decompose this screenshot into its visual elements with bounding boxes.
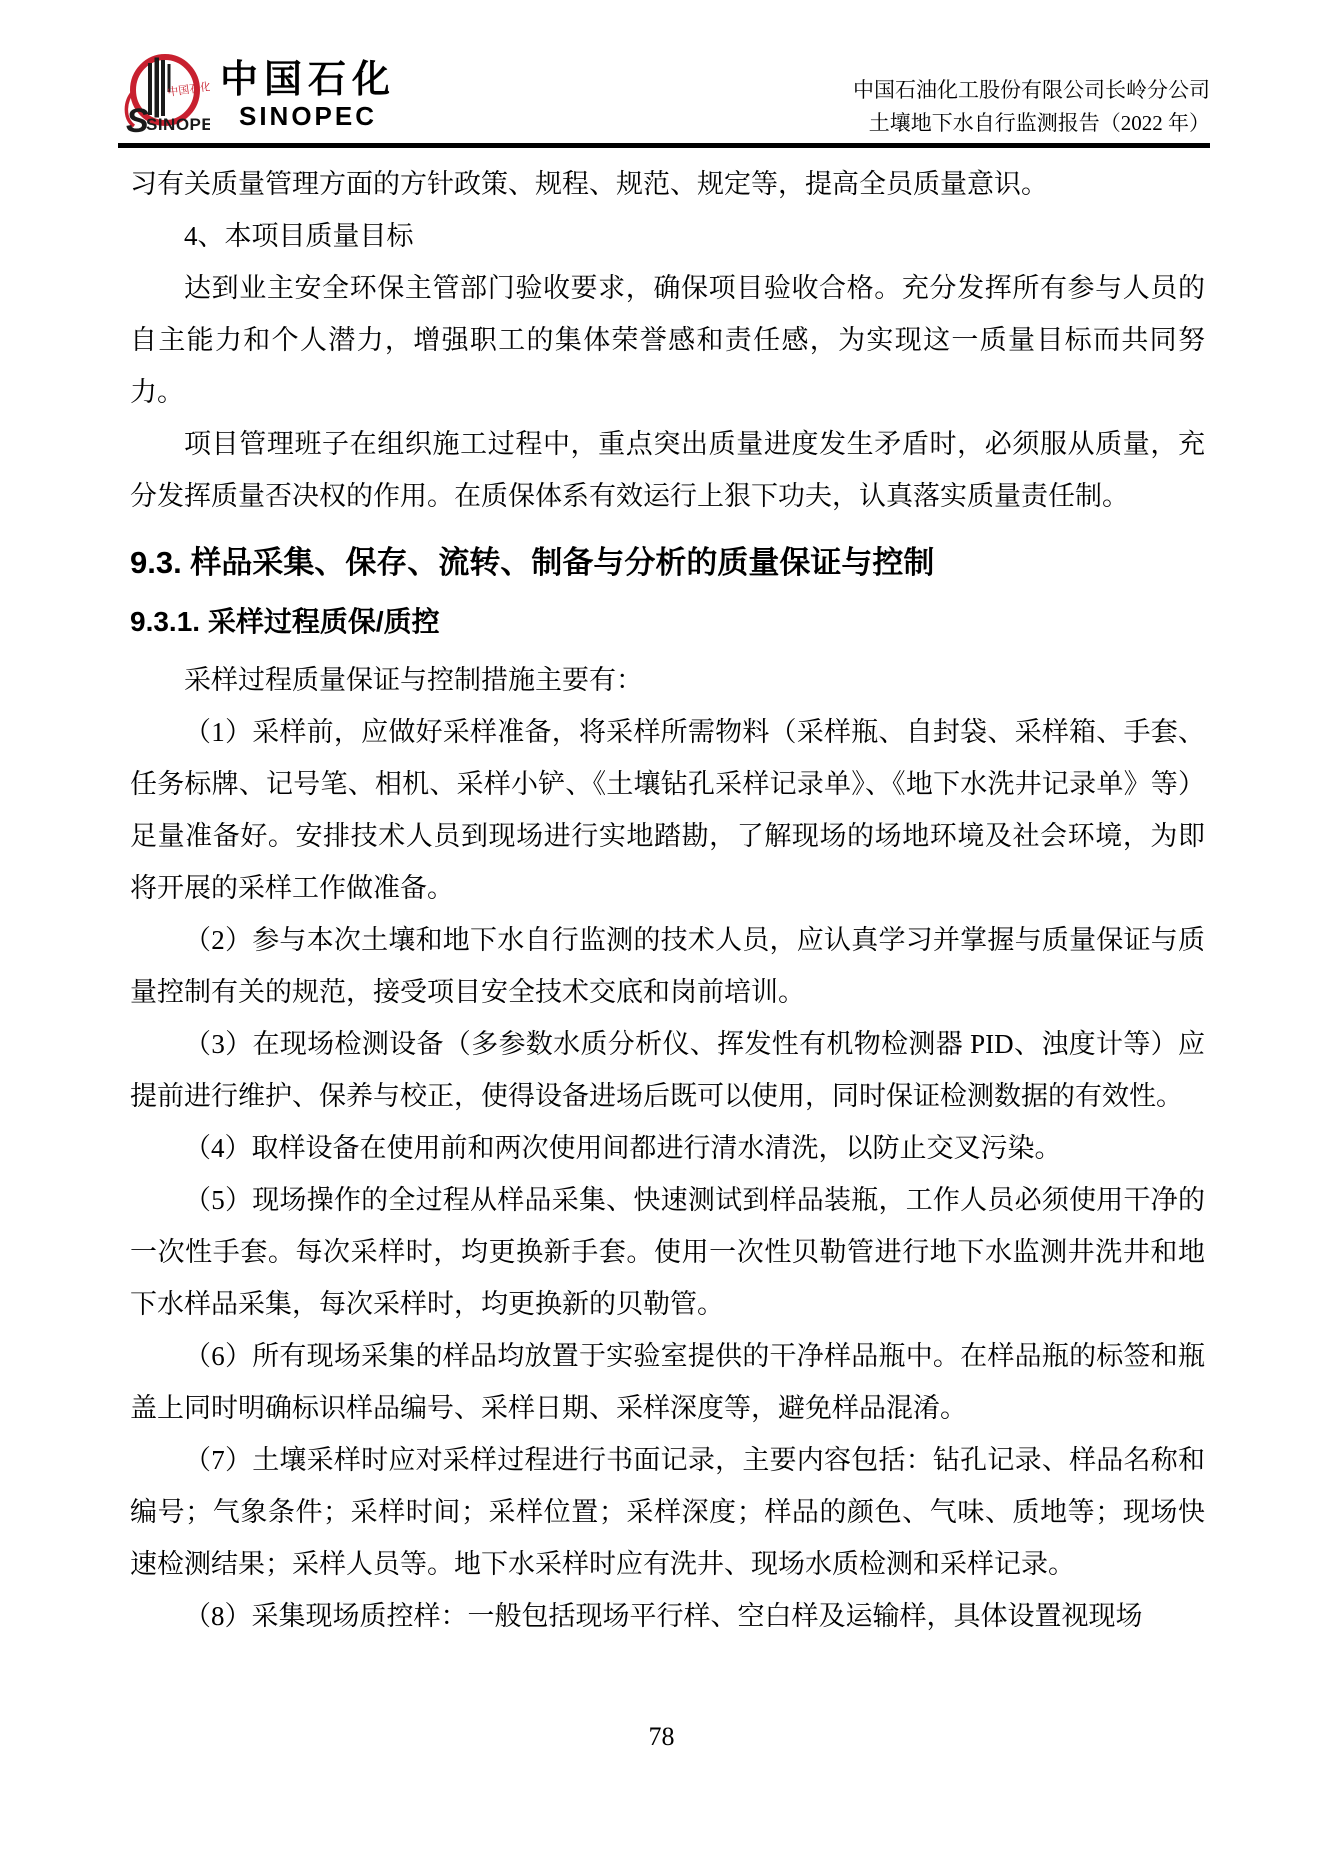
paragraph: （3）在现场检测设备（多参数水质分析仪、挥发性有机物检测器 PID、浊度计等）应… <box>130 1018 1205 1122</box>
paragraph: （1）采样前，应做好采样准备，将采样所需物料（采样瓶、自封袋、采样箱、手套、任务… <box>130 706 1205 914</box>
brand-name-cn: 中国石化 <box>220 61 396 101</box>
paragraph: 4、本项目质量目标 <box>130 210 1205 262</box>
header-report-line: 土壤地下水自行监测报告（2022 年） <box>853 107 1210 140</box>
brand-block: 中国石化 SINOPEC <box>220 61 396 130</box>
section-heading-9-3: 9.3. 样品采集、保存、流转、制备与分析的质量保证与控制 <box>130 538 1205 588</box>
paragraph: 习有关质量管理方面的方针政策、规程、规范、规定等，提高全员质量意识。 <box>130 158 1205 210</box>
header-company-line: 中国石油化工股份有限公司长岭分公司 <box>853 74 1210 107</box>
paragraph: 采样过程质量保证与控制措施主要有： <box>130 654 1205 706</box>
header-divider <box>118 143 1210 148</box>
page-footer: 78 <box>0 1722 1323 1752</box>
paragraph: （8）采集现场质控样：一般包括现场平行样、空白样及运输样，具体设置视现场 <box>130 1590 1205 1642</box>
brand-name-en: SINOPEC <box>239 103 377 130</box>
paragraph: （2）参与本次土壤和地下水自行监测的技术人员，应认真学习并掌握与质量保证与质量控… <box>130 914 1205 1018</box>
logo-wordmark: SINOPEC <box>146 115 210 134</box>
document-page: 中国石化 S SINOPEC 中国石化 SINOPEC 中国石油化工股份有限公司… <box>0 0 1323 1871</box>
sinopec-logo: 中国石化 S SINOPEC 中国石化 SINOPEC <box>118 50 396 142</box>
sinopec-logo-icon: 中国石化 S SINOPEC <box>118 50 210 142</box>
section-heading-9-3-1: 9.3.1. 采样过程质保/质控 <box>130 598 1205 646</box>
paragraph: （6）所有现场采集的样品均放置于实验室提供的干净样品瓶中。在样品瓶的标签和瓶盖上… <box>130 1330 1205 1434</box>
header-meta: 中国石油化工股份有限公司长岭分公司 土壤地下水自行监测报告（2022 年） <box>853 74 1210 142</box>
page-number: 78 <box>649 1722 675 1751</box>
paragraph: （7）土壤采样时应对采样过程进行书面记录，主要内容包括：钻孔记录、样品名称和编号… <box>130 1434 1205 1590</box>
paragraph: （5）现场操作的全过程从样品采集、快速测试到样品装瓶，工作人员必须使用干净的一次… <box>130 1174 1205 1330</box>
page-header: 中国石化 S SINOPEC 中国石化 SINOPEC 中国石油化工股份有限公司… <box>118 50 1210 142</box>
paragraph: 项目管理班子在组织施工过程中，重点突出质量进度发生矛盾时，必须服从质量，充分发挥… <box>130 418 1205 522</box>
logo-inner-text: 中国石化 <box>166 79 210 99</box>
paragraph: 达到业主安全环保主管部门验收要求，确保项目验收合格。充分发挥所有参与人员的自主能… <box>130 262 1205 418</box>
document-body: 习有关质量管理方面的方针政策、规程、规范、规定等，提高全员质量意识。 4、本项目… <box>130 158 1205 1642</box>
paragraph: （4）取样设备在使用前和两次使用间都进行清水清洗，以防止交叉污染。 <box>130 1122 1205 1174</box>
